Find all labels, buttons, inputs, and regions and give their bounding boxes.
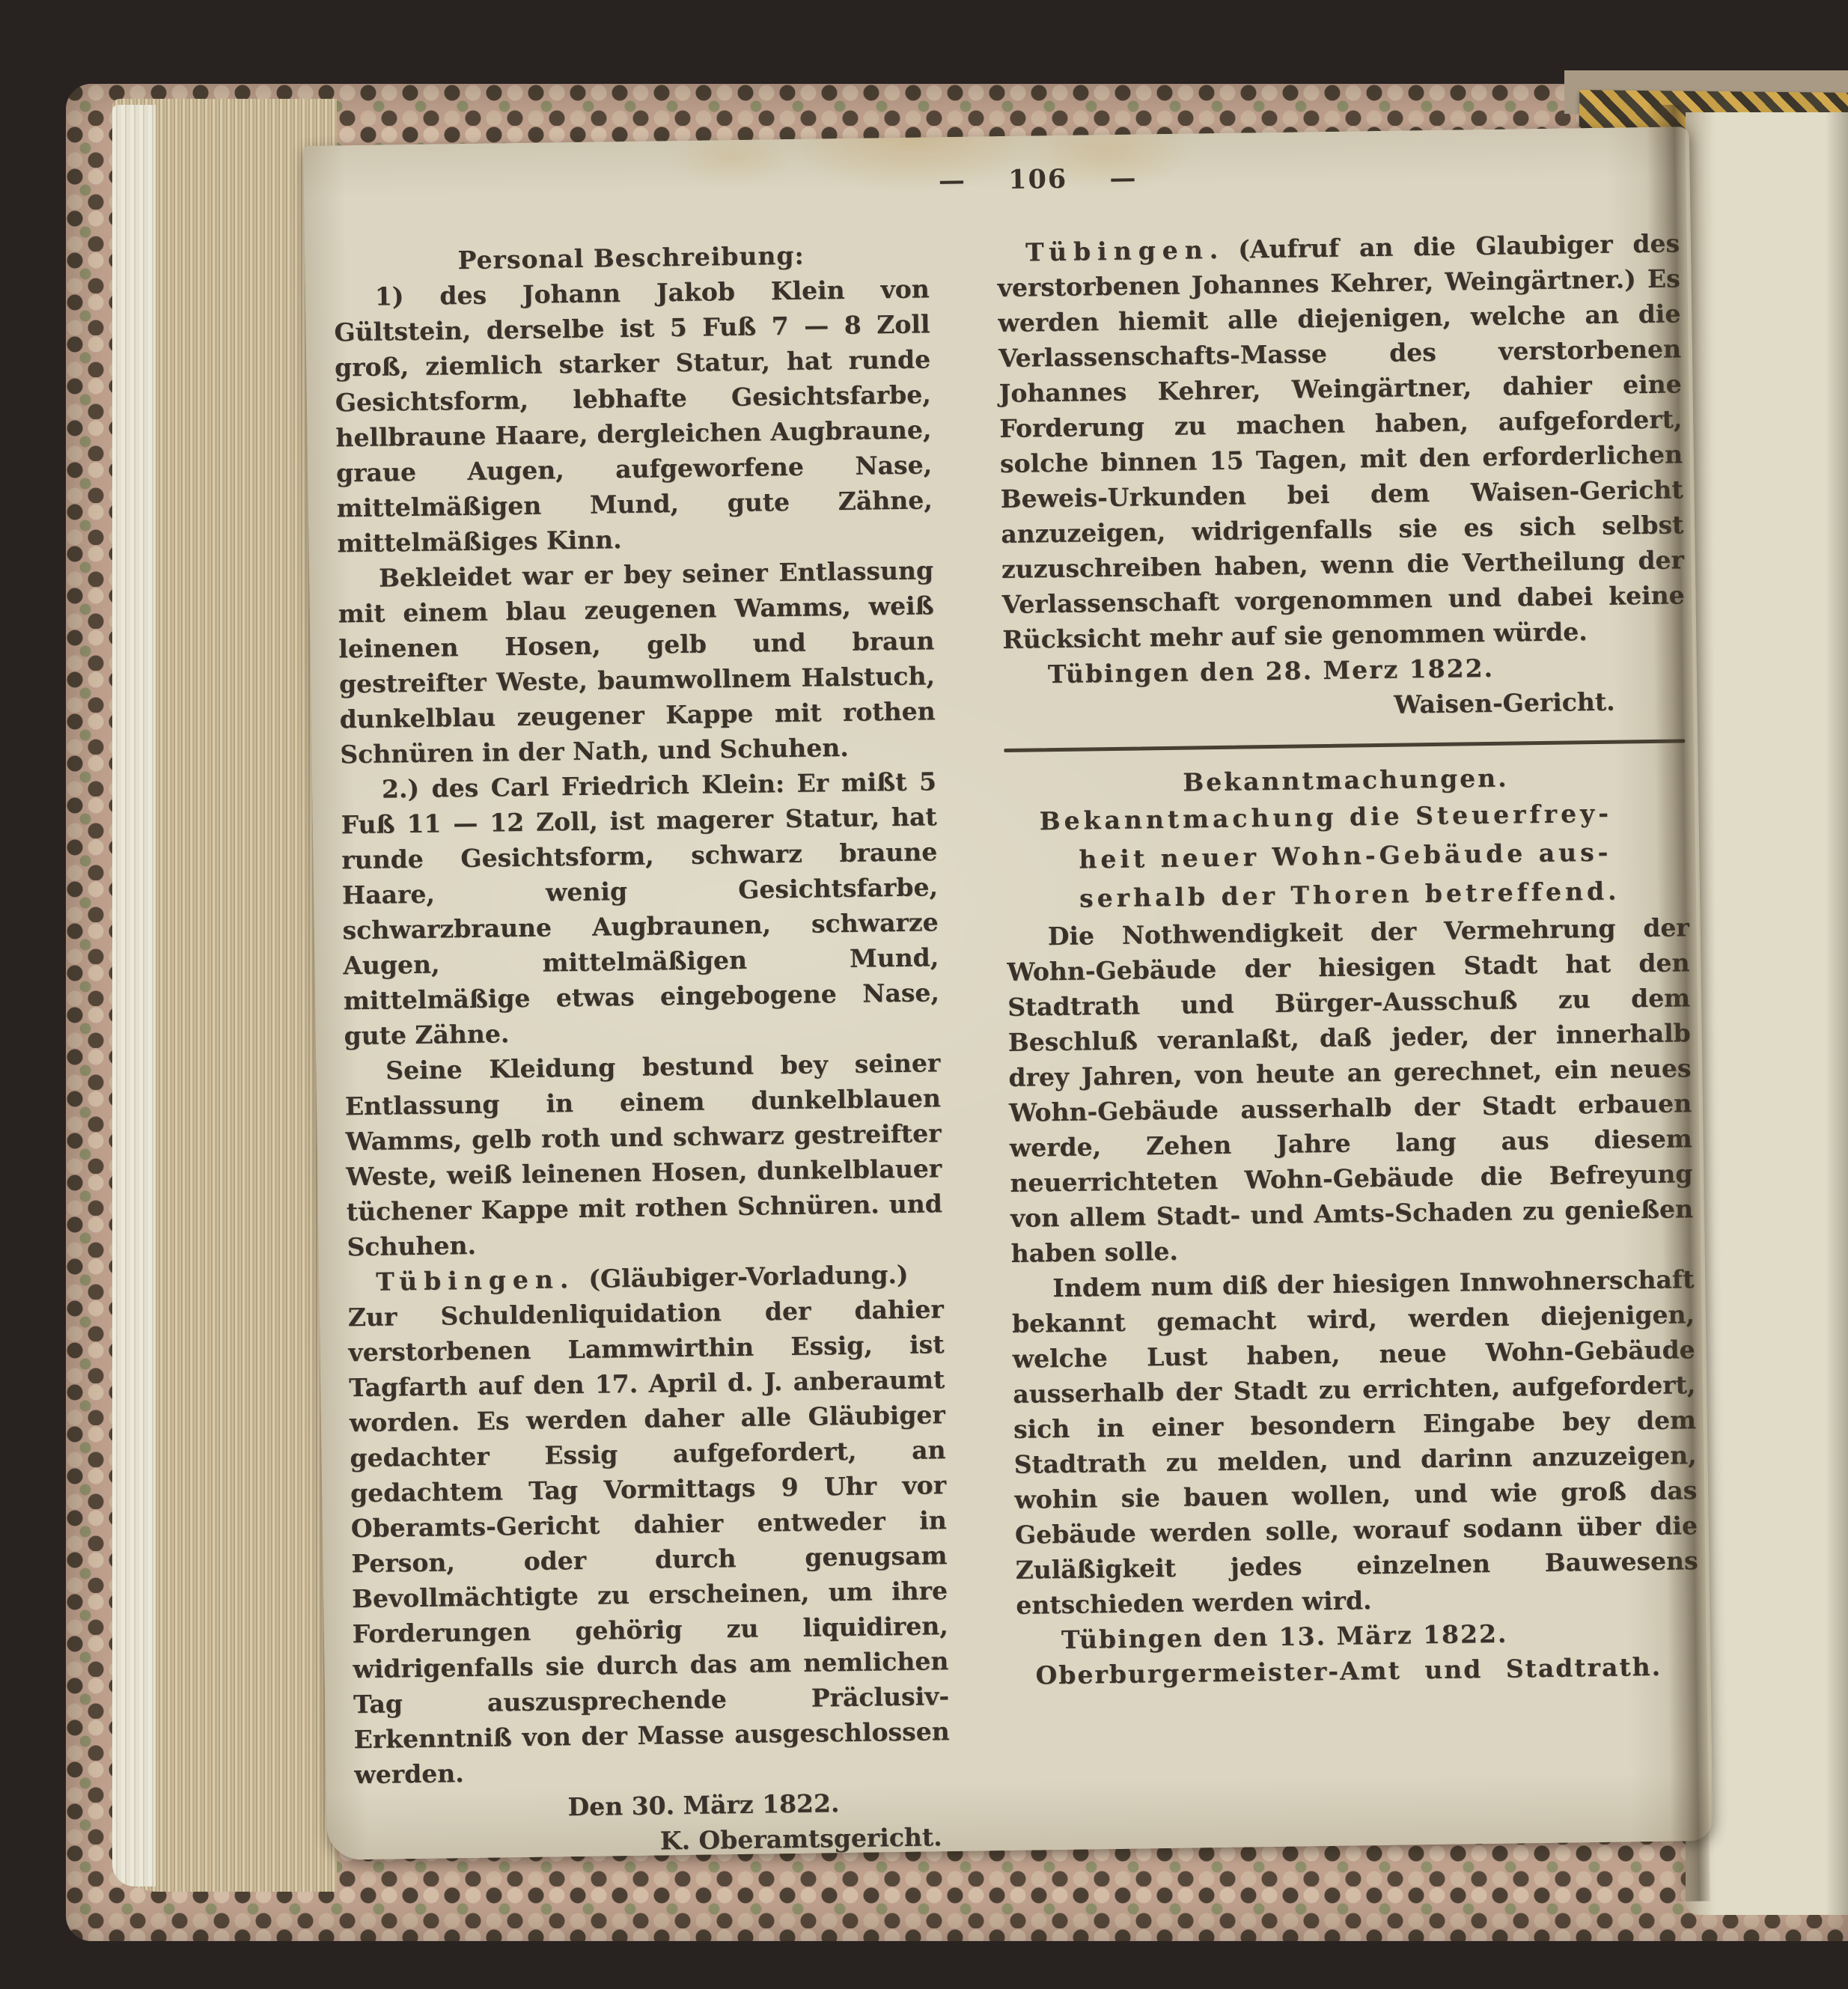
paragraph-tax-exemption: Die Nothwendigkeit der Vermehrung der Wo… xyxy=(1007,910,1694,1271)
left-column: Personal Beschreibung: 1) des Johann Jak… xyxy=(333,236,951,1862)
paragraph-person-2: 2.) des Carl Friedrich Klein: Er mißt 5 … xyxy=(341,764,940,1053)
paragraph-creditor-summons: Tübingen.(Gläubiger-Vorladung.) Zur Schu… xyxy=(347,1256,951,1792)
paragraph-clothing-2: Seine Kleidung bestund bey seiner Entlas… xyxy=(344,1045,943,1264)
town-lead: Tübingen. xyxy=(1025,235,1225,267)
right-column: Tübingen.(Aufruf an die Glaubiger des ve… xyxy=(997,225,1700,1693)
section-divider-rule xyxy=(1004,739,1685,752)
book-page: — 106 — Personal Beschreibung: 1) des Jo… xyxy=(303,127,1713,1860)
scanned-book-photo: — 106 — Personal Beschreibung: 1) des Jo… xyxy=(0,0,1848,1989)
paragraph-clothing-1: Bekleidet war er bey seiner Entlassung m… xyxy=(338,552,936,772)
town-lead: Tübingen. xyxy=(376,1264,576,1297)
paragraph-text: (Gläubiger-Vorladung.) Zur Schuldenliqui… xyxy=(348,1260,950,1789)
announcement-title: Bekanntmachung die Steuerfrey- heit neue… xyxy=(1004,793,1689,919)
endpaper-edge xyxy=(112,105,156,1886)
paragraph-text: (Aufruf an die Glaubiger des verstorbene… xyxy=(997,228,1684,654)
paragraph-creditor-call: Tübingen.(Aufruf an die Glaubiger des ve… xyxy=(997,225,1686,657)
page-number: — 106 — xyxy=(345,154,1731,204)
paragraph-person-1: 1) des Johann Jakob Klein von Gültstein,… xyxy=(333,271,933,561)
paragraph-building-notice: Indem num diß der hiesigen Innwohnerscha… xyxy=(1011,1261,1698,1623)
